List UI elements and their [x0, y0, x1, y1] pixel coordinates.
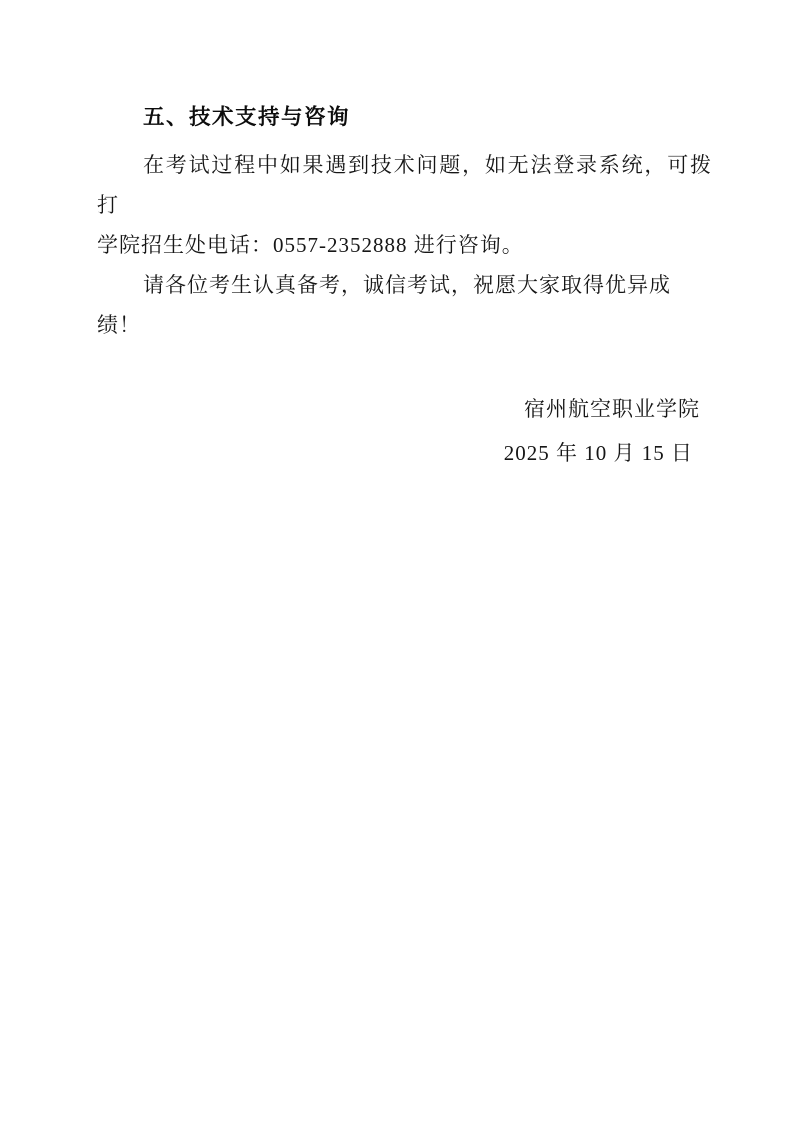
section-heading: 五、技术支持与咨询	[97, 97, 712, 137]
body-line-support-1: 在考试过程中如果遇到技术问题，如无法登录系统，可拨打	[97, 145, 712, 225]
document-content: 五、技术支持与咨询 在考试过程中如果遇到技术问题，如无法登录系统，可拨打 学院招…	[97, 97, 712, 475]
signature-date: 2025 年 10 月 15 日	[97, 431, 712, 475]
body-line-wishes: 请各位考生认真备考，诚信考试，祝愿大家取得优异成绩！	[97, 265, 712, 345]
body-line-support-2-phone: 学院招生处电话：0557-2352888 进行咨询。	[97, 225, 712, 265]
signature-block: 宿州航空职业学院 2025 年 10 月 15 日	[97, 387, 712, 475]
signature-organization: 宿州航空职业学院	[97, 387, 712, 431]
document-page: 五、技术支持与咨询 在考试过程中如果遇到技术问题，如无法登录系统，可拨打 学院招…	[0, 0, 793, 1122]
